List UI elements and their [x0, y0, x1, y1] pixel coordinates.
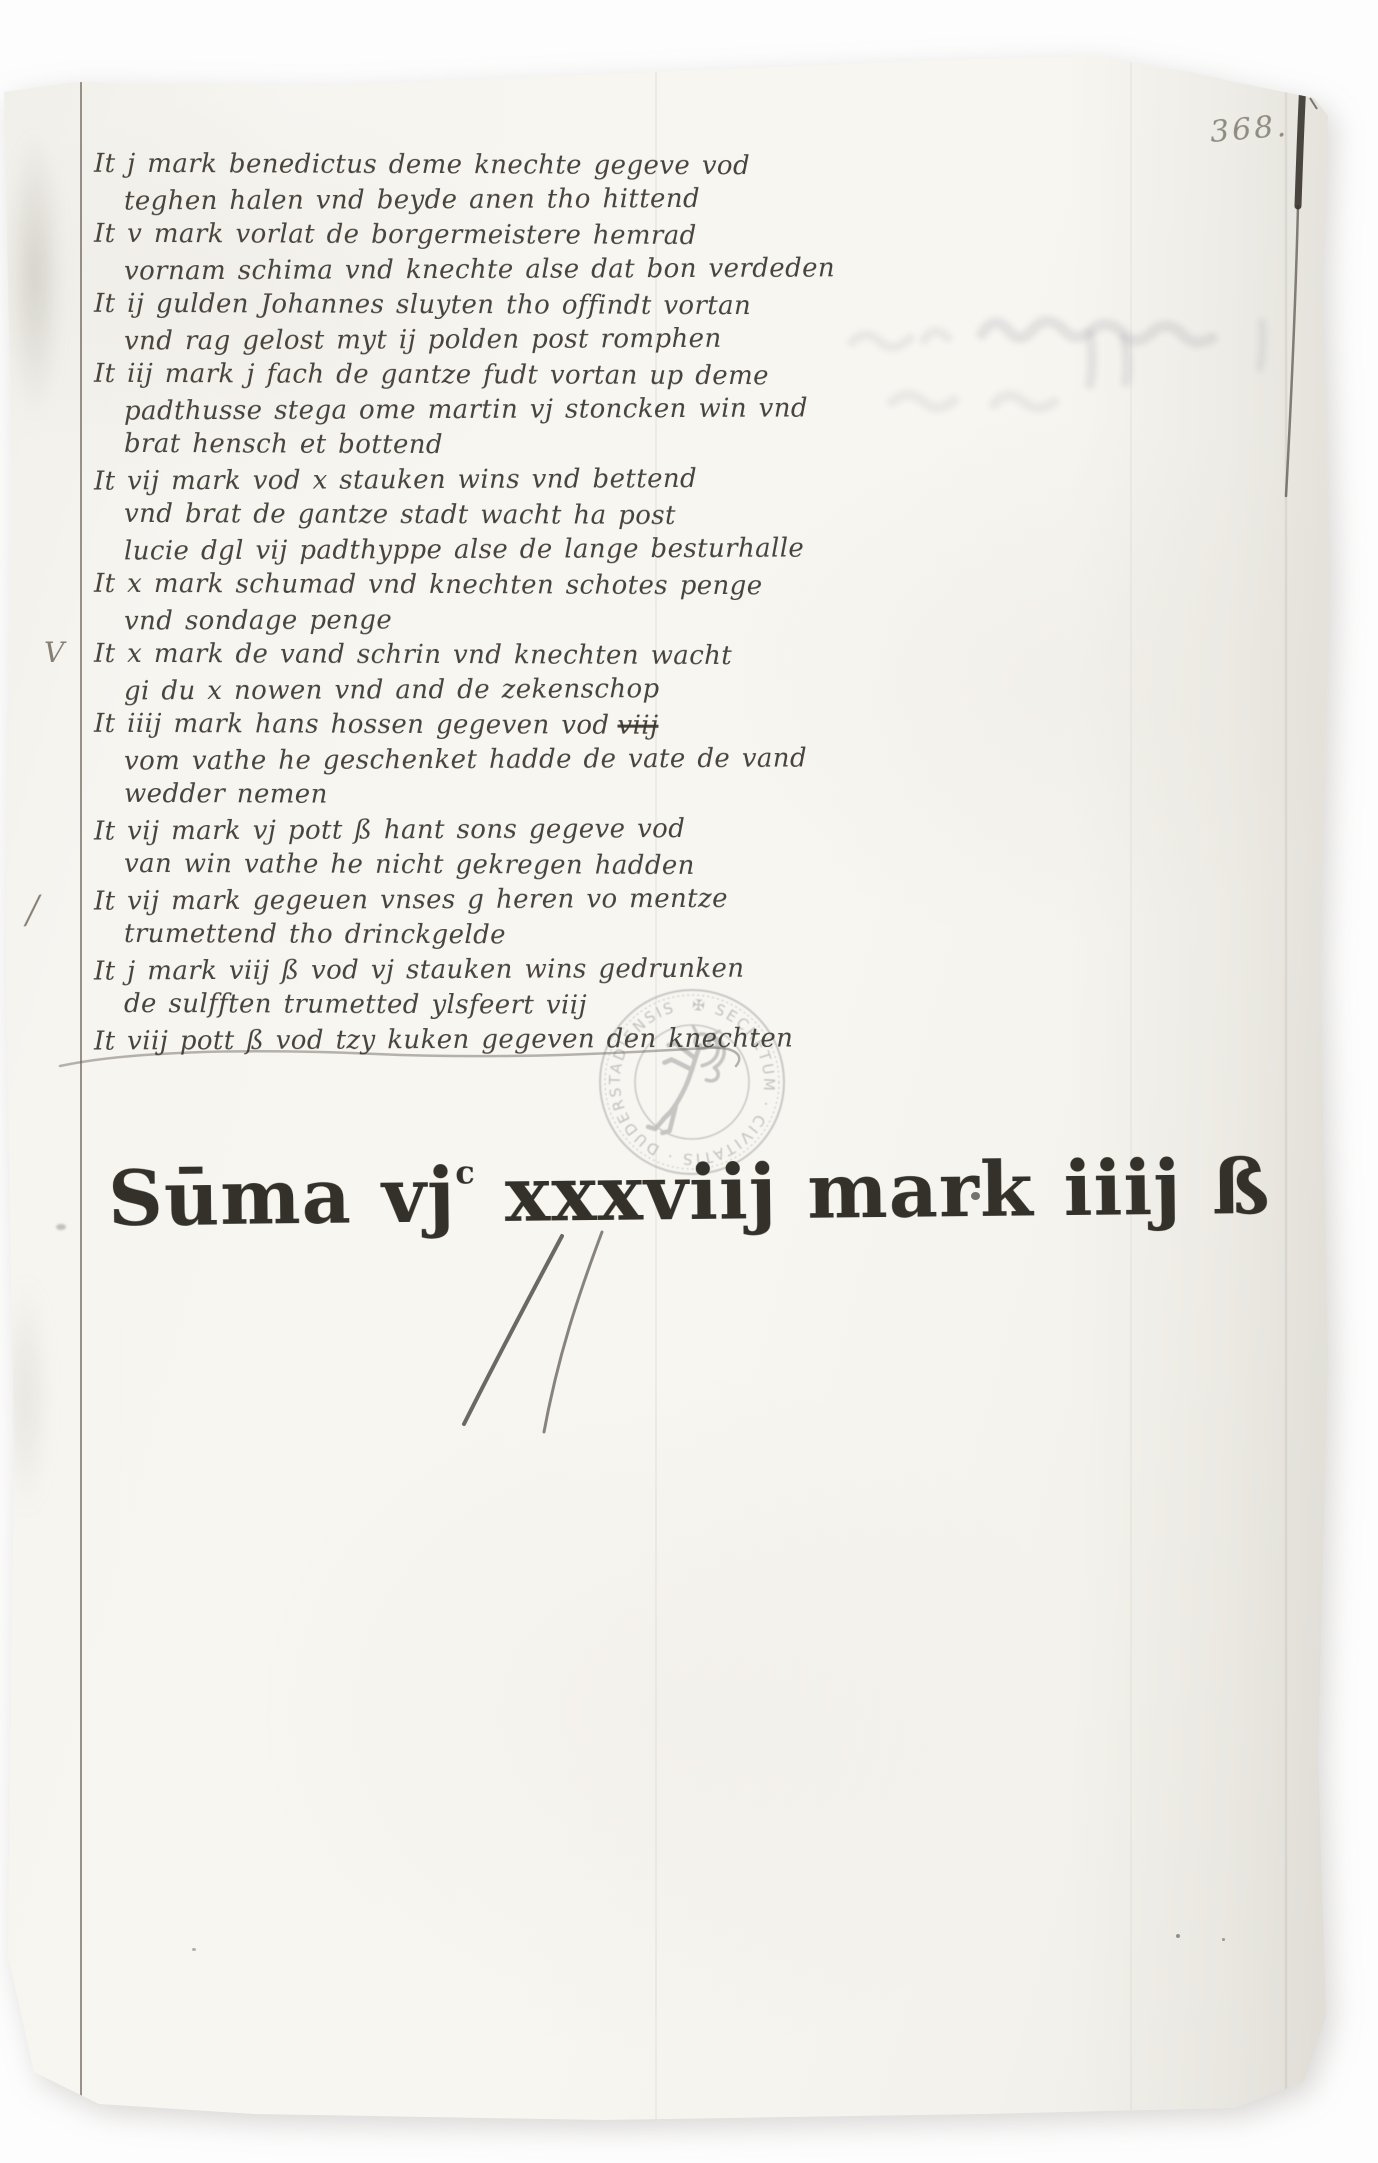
ink-speck [192, 1948, 196, 1951]
manuscript-line: It viij pott ß vod tzy kuken gegeven den… [94, 1021, 794, 1059]
margin-slash-mark: ⁄ [26, 892, 40, 933]
manuscript-line: trumettend tho drinckgelde [94, 917, 794, 954]
manuscript-line: brat hensch et bottend [94, 427, 794, 464]
margin-rule-line [80, 80, 82, 2114]
manuscript-line: It x mark schumad vnd knechten schotes p… [94, 567, 794, 604]
manuscript-line: It vij mark vj pott ß hant sons gegeve v… [94, 811, 794, 849]
entries-block: It j mark benedictus deme knechte gegeve… [94, 148, 794, 1058]
manuscript-line: It iij mark j fach de gantze fudt vortan… [94, 357, 794, 394]
scan-background: { "document": { "folio_number": "368." }… [0, 0, 1378, 2163]
manuscript-line: It vij mark gegeuen vnses g heren vo men… [94, 881, 794, 919]
manuscript-line: It j mark benedictus deme knechte gegeve… [94, 147, 794, 184]
manuscript-line: vnd brat de gantze stadt wacht ha post [94, 497, 794, 534]
summa-superscript: c [455, 1153, 475, 1191]
paper-sheet: 368. It j mark benedictus deme knechte g… [4, 56, 1334, 2128]
manuscript-page: 368. It j mark benedictus deme knechte g… [4, 56, 1334, 2128]
ink-speck [56, 1224, 66, 1230]
summa-flourish [402, 1216, 682, 1446]
manuscript-line: vom vathe he geschenket hadde de vate de… [94, 741, 794, 779]
manuscript-line: gi du x nowen vnd and de zekenschop [94, 671, 794, 709]
ink-speck [1222, 1938, 1225, 1941]
summa-line: Sūmavjcxxxviijmarkiiijß [108, 1142, 1271, 1243]
manuscript-line: It vij mark vod x stauken wins vnd bette… [94, 461, 794, 499]
summa-unit: mark [807, 1144, 1034, 1235]
paper-stain [0, 1236, 56, 1556]
manuscript-line: de sulfften trumetted ylsfeert viij [94, 987, 794, 1024]
summa-hundreds: vj [381, 1150, 456, 1240]
paper-stain [0, 74, 72, 474]
manuscript-line: teghen halen vnd beyde anen tho hittend [94, 181, 794, 219]
ink-speck [1176, 1934, 1180, 1938]
manuscript-line: It x mark de vand schrin vnd knechten wa… [94, 637, 794, 674]
manuscript-line: lucie dgl vij padthyppe alse de lange be… [94, 531, 794, 569]
manuscript-line: van win vathe he nicht gekregen hadden [94, 847, 794, 884]
summa-shilling-sign: ß [1211, 1142, 1271, 1232]
margin-check-mark: V [44, 636, 64, 669]
manuscript-line: It v mark vorlat de borgermeistere hemra… [94, 217, 794, 254]
manuscript-line: vnd rag gelost myt ij polden post romphe… [94, 321, 794, 359]
ink-streak [1264, 56, 1334, 526]
summa-shillings: iiij [1063, 1143, 1182, 1233]
summa-tens: xxxviij [504, 1147, 777, 1239]
manuscript-line: wedder nemen [94, 777, 794, 814]
manuscript-line: vnd sondage penge [94, 601, 794, 639]
summa-label: Sūma [108, 1152, 353, 1244]
struck-word: viij [617, 711, 658, 741]
manuscript-line: It j mark viij ß vod vj stauken wins ged… [94, 951, 794, 989]
manuscript-line: It ij gulden Johannes sluyten tho offind… [94, 287, 794, 324]
show-through-ink [832, 264, 1302, 474]
manuscript-line: It iiij mark hans hossen gegeven vodviij [94, 707, 794, 744]
manuscript-line: padthusse stega ome martin vj stoncken w… [94, 391, 794, 429]
manuscript-line: vornam schima vnd knechte alse dat bon v… [94, 251, 794, 289]
